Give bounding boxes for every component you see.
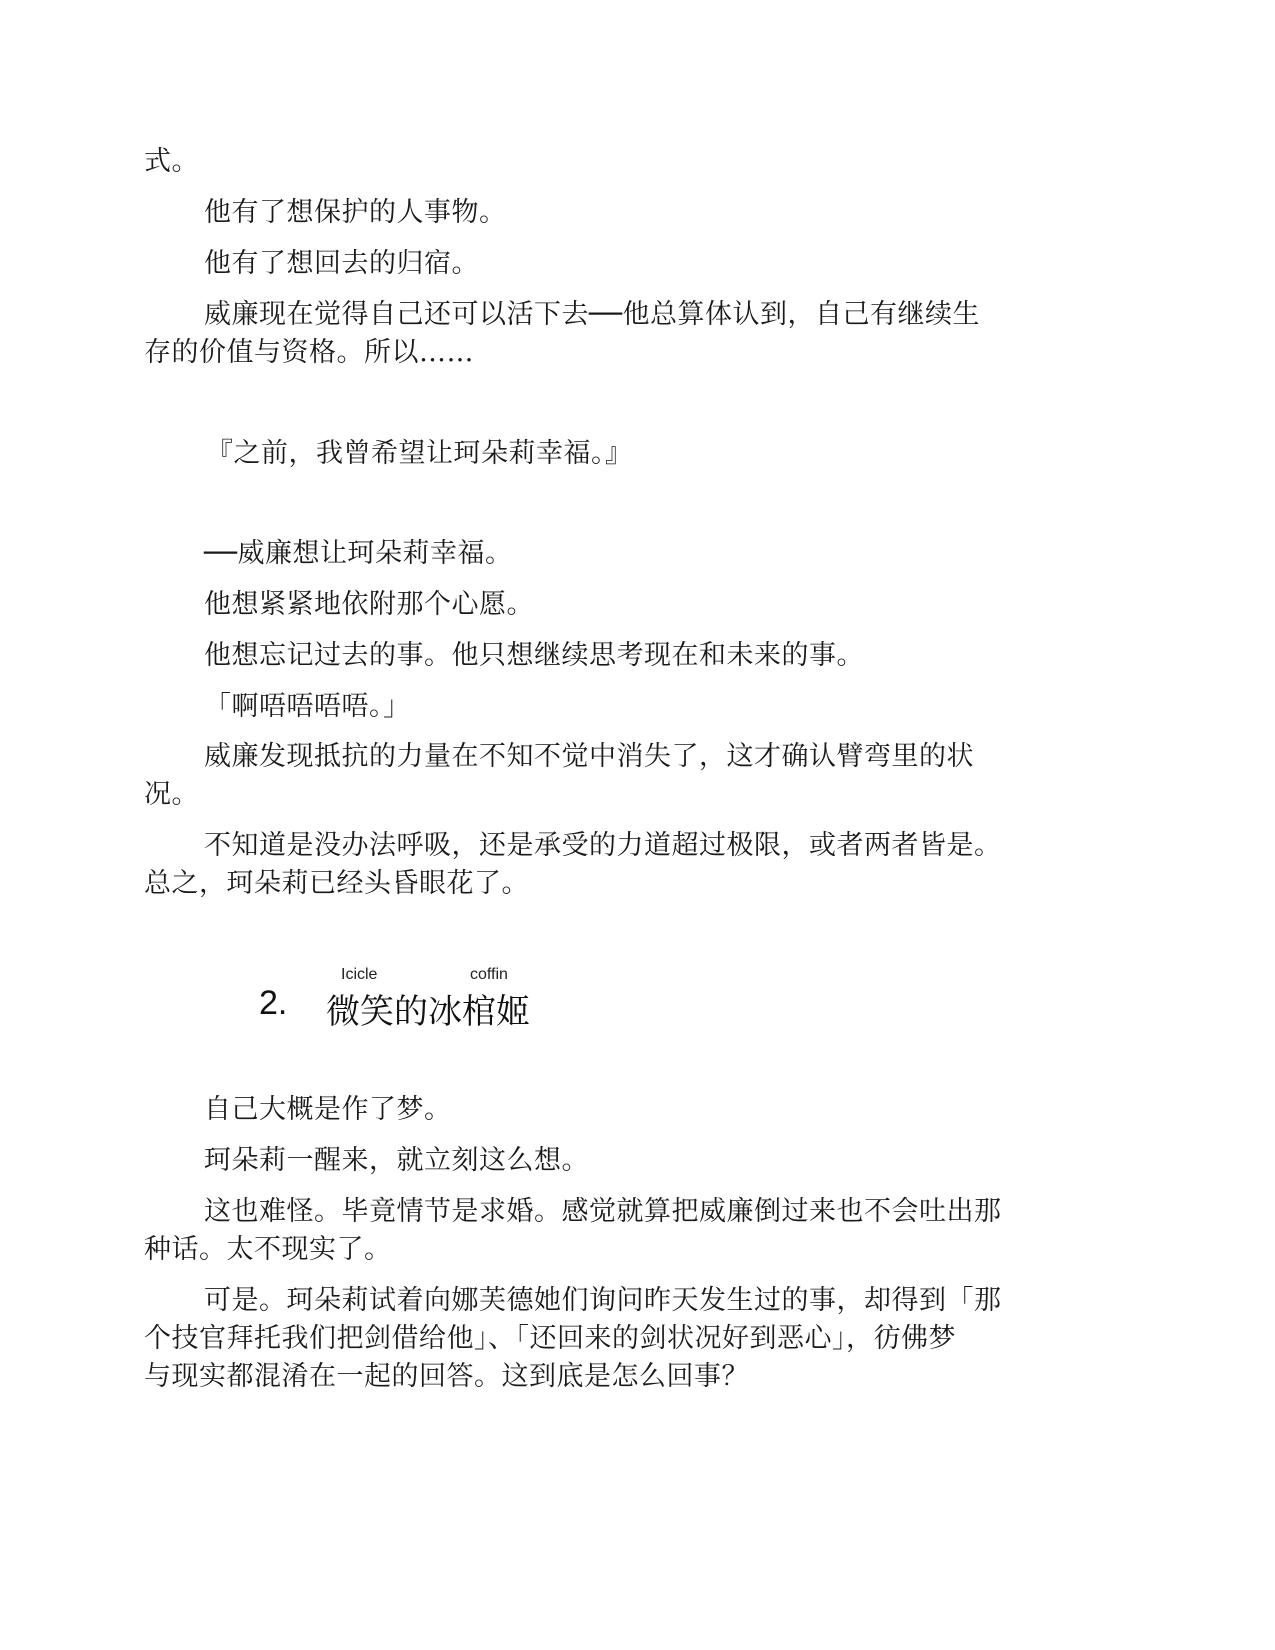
paragraph-line: 他想忘记过去的事。他只想继续思考现在和未来的事。	[204, 639, 864, 673]
paragraph-line: 威廉发现抵抗的力量在不知不觉中消失了，这才确认臂弯里的状	[204, 740, 974, 774]
paragraph-line: 他有了想保护的人事物。	[204, 196, 507, 230]
paragraph-line: 自己大概是作了梦。	[204, 1093, 452, 1127]
dialogue-line: 「啊唔唔唔唔。」	[204, 690, 411, 724]
ruby-annotation: Icicle	[341, 966, 377, 984]
paragraph-line: 威廉现在觉得自己还可以活下去──他总算体认到，自己有继续生	[204, 298, 980, 332]
paragraph-line: 珂朵莉一醒来，就立刻这么想。	[204, 1144, 589, 1178]
chapter-title: 微笑的冰棺姬	[326, 984, 530, 1033]
paragraph-line: 与现实都混淆在一起的回答。这到底是怎么回事？	[144, 1360, 749, 1394]
paragraph-line: 存的价值与资格。所以……	[144, 336, 474, 370]
paragraph-line: 不知道是没办法呼吸，还是承受的力道超过极限，或者两者皆是。	[204, 829, 1002, 863]
paragraph-line: 他想紧紧地依附那个心愿。	[204, 588, 534, 622]
paragraph-line: 式。	[144, 145, 199, 179]
ruby-annotation: coffin	[470, 966, 508, 984]
quote-line: 『之前，我曾希望让珂朵莉幸福。』	[206, 437, 633, 471]
paragraph-line: 他有了想回去的归宿。	[204, 247, 479, 281]
paragraph-line: 这也难怪。毕竟情节是求婚。感觉就算把威廉倒过来也不会吐出那	[204, 1195, 1002, 1229]
paragraph-line: 个技官拜托我们把剑借给他」、「还回来的剑状况好到恶心」，彷佛梦	[144, 1322, 956, 1356]
chapter-number: 2.	[259, 984, 287, 1023]
paragraph-line: 况。	[144, 778, 199, 812]
paragraph-line: ──威廉想让珂朵莉幸福。	[204, 537, 513, 571]
paragraph-line: 可是。珂朵莉试着向娜芙德她们询问昨天发生过的事，却得到「那	[204, 1284, 1002, 1318]
paragraph-line: 种话。太不现实了。	[144, 1233, 392, 1267]
paragraph-line: 总之，珂朵莉已经头昏眼花了。	[144, 867, 529, 901]
